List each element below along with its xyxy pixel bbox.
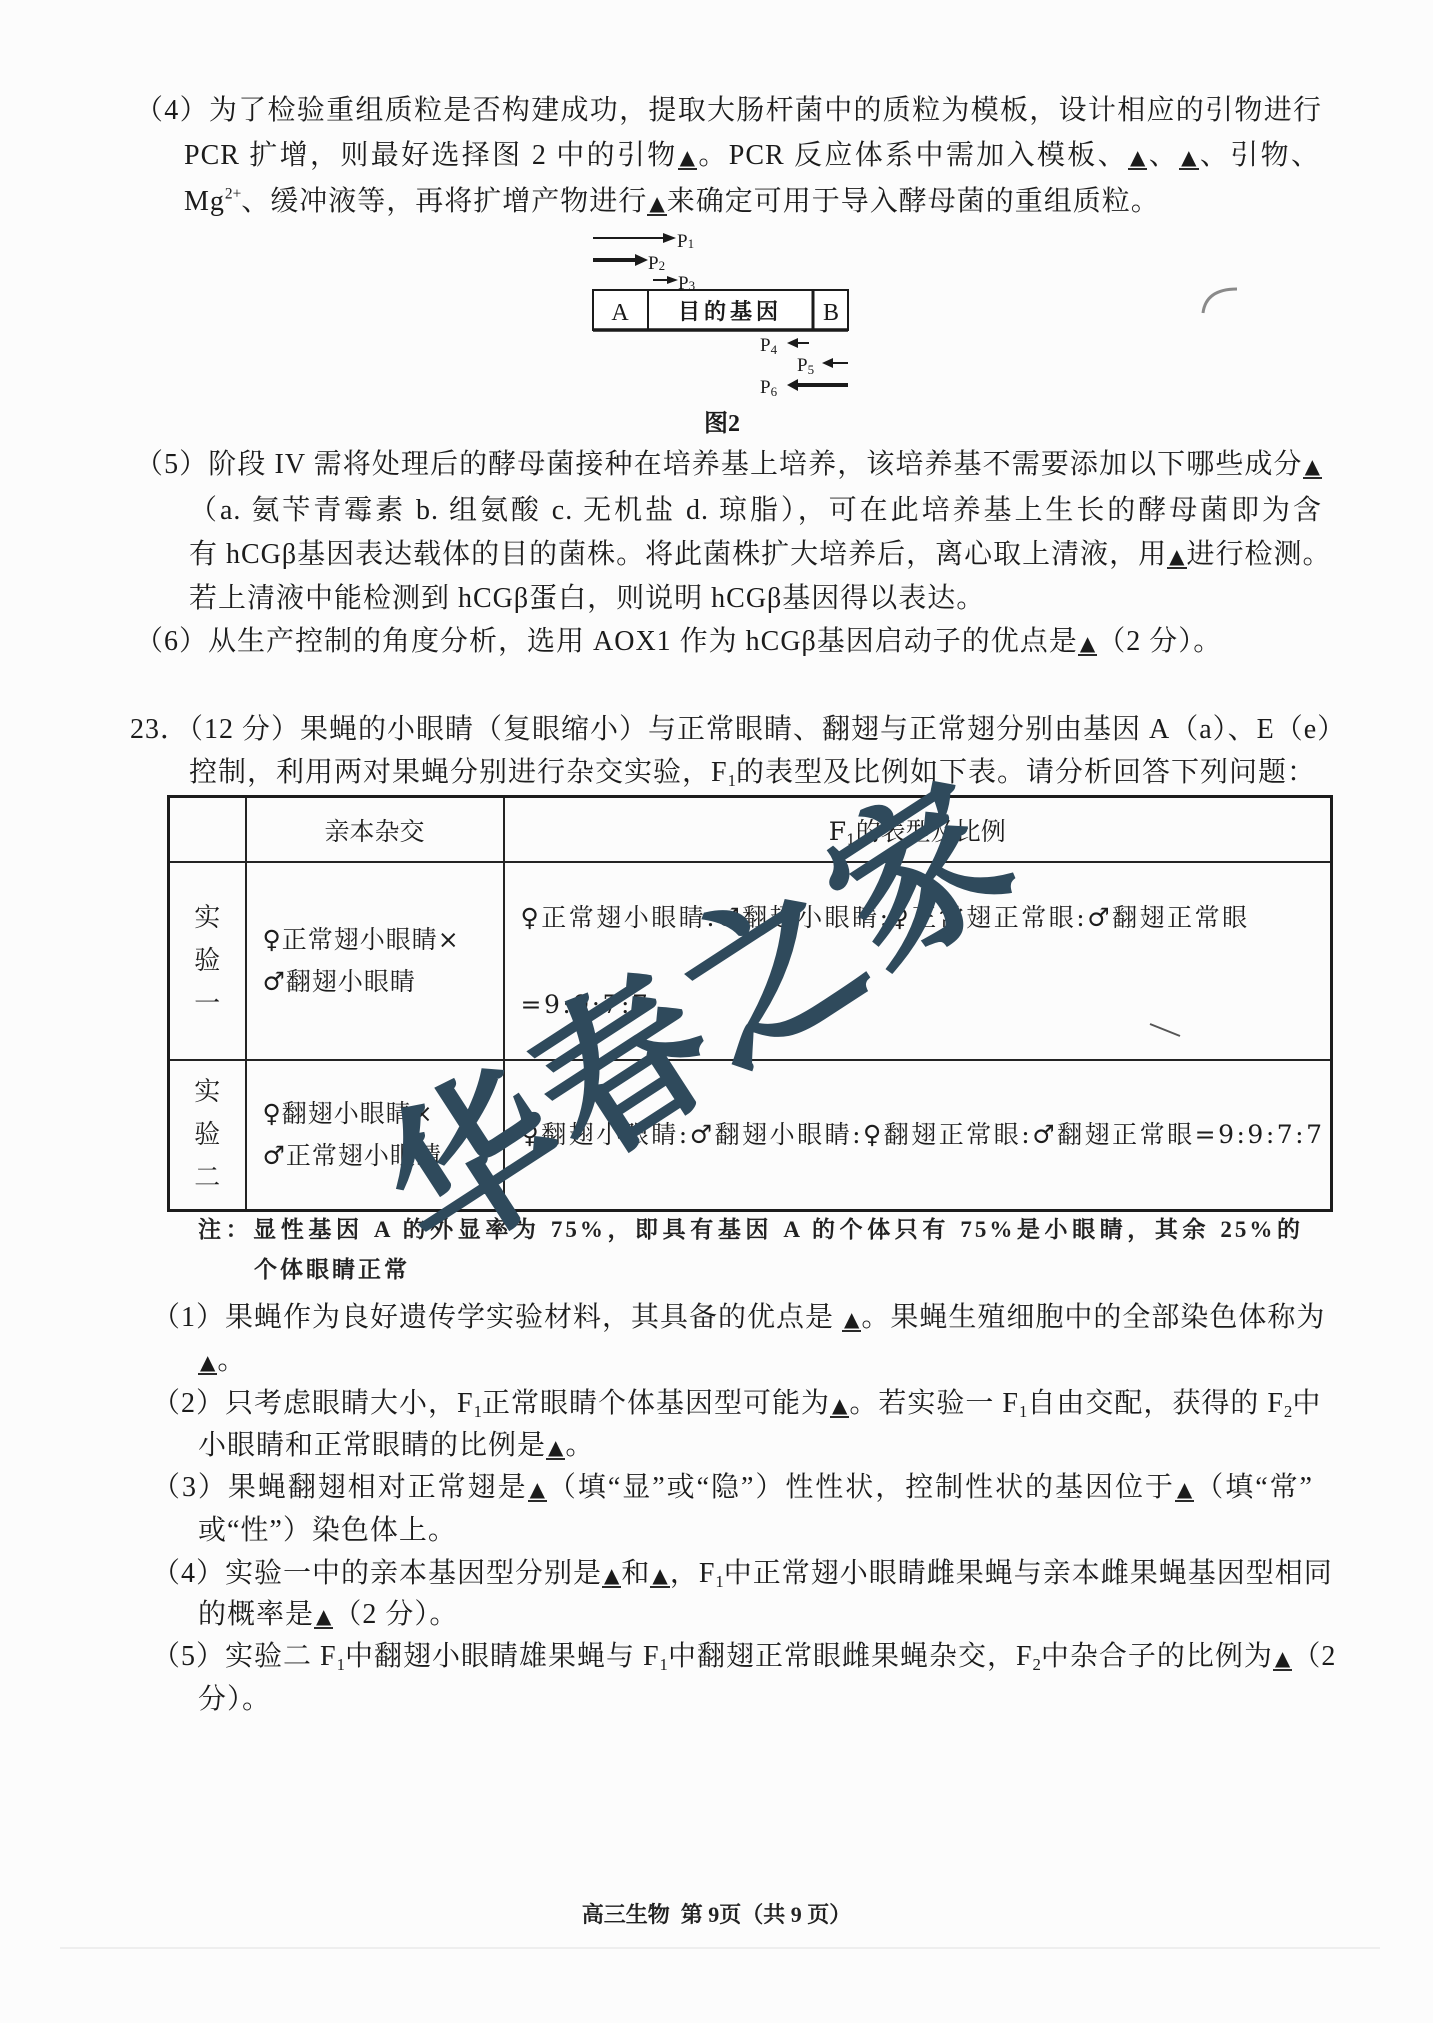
answer-blank-icon: ▲ — [1273, 1647, 1292, 1671]
text-run: （4）实验一中的亲本基因型分别是 — [152, 1558, 602, 1589]
subscript: 1 — [337, 1655, 345, 1674]
figure-2-primer-diagram: P1 P2 P3 A 目的基因 B P4 P5 — [560, 220, 880, 440]
part5-line-3: 有 hCGβ基因表达载体的目的菌株。将此菌株扩大培养后，离心取上清液，用▲进行检… — [189, 537, 1322, 573]
text-run: （5）实验二 F — [152, 1641, 337, 1672]
answer-blank-icon: ▲ — [1128, 146, 1147, 170]
text-run: 。 — [217, 1345, 246, 1376]
primer-p3-arrow — [653, 276, 678, 284]
subscript: 2 — [1033, 1655, 1041, 1674]
text-run: 的表型及比例如下表。请分析回答下列问题： — [736, 757, 1316, 788]
primer-p4-label: P4 — [760, 335, 778, 357]
header-parent-cross: 亲本杂交 — [246, 797, 504, 863]
answer-blank-icon: ▲ — [647, 192, 666, 216]
primer-p2-arrow — [593, 254, 648, 266]
text-run: 。 — [565, 1430, 594, 1461]
text-run: 中正常翅小眼睛雌果蝇与亲本雌果蝇基因型相同 — [724, 1558, 1333, 1589]
text-run: 中杂合子的比例为 — [1041, 1641, 1273, 1672]
parent-male: ♂正常翅小眼睛 — [247, 1135, 503, 1177]
subscript: 1 — [715, 1572, 723, 1591]
primer-p6-arrow — [787, 379, 848, 391]
answer-blank-icon: ▲ — [650, 1564, 669, 1588]
part4-line-2: PCR 扩增，则最好选择图 2 中的引物▲。PCR 反应体系中需加入模板、▲、▲… — [184, 138, 1320, 174]
answer-blank-icon: ▲ — [528, 1478, 547, 1502]
text-run: （3）果蝇翻翅相对正常翅是 — [152, 1472, 528, 1503]
header-corner — [169, 797, 246, 863]
primer-p1-label: P1 — [677, 231, 694, 252]
q23-sub4-line-1: （4）实验一中的亲本基因型分别是▲和▲，F1中正常翅小眼睛雌果蝇与亲本雌果蝇基因… — [152, 1556, 1313, 1592]
text-run: 的概率是 — [198, 1599, 314, 1630]
part5-line-2: （a. 氨苄青霉素 b. 组氨酸 c. 无机盐 d. 琼脂），可在此培养基上生长… — [189, 493, 1322, 529]
target-gene-label: 目的基因 — [678, 299, 782, 324]
table-row: 实验一 ♀正常翅小眼睛× ♂翻翅小眼睛 ♀正常翅小眼睛:♂翻翅小眼睛:♀正常翅正… — [169, 862, 1332, 1060]
answer-blank-icon: ▲ — [1175, 1478, 1194, 1502]
text-run: 自由交配，获得的 F — [1027, 1388, 1284, 1419]
part5-line-1: （5）阶段 IV 需将处理后的酵母菌接种在培养基上培养，该培养基不需要添加以下哪… — [135, 447, 1322, 483]
table-note-line-2: 个体眼睛正常 — [254, 1254, 410, 1286]
text-run: Mg — [184, 186, 225, 217]
parent-cross-cell: ♀正常翅小眼睛× ♂翻翅小眼睛 — [246, 862, 504, 1060]
q23-sub5-line-1: （5）实验二 F1中翻翅小眼睛雄果蝇与 F1中翻翅正常眼雌果蝇杂交，F2中杂合子… — [152, 1639, 1313, 1675]
text-run: （2 分）。 — [1097, 626, 1222, 657]
text-run: 、 — [1147, 140, 1179, 171]
text-run: （6）从生产控制的角度分析，选用 AOX1 作为 hCGβ基因启动子的优点是 — [135, 626, 1078, 657]
text-run: （填“显”或“隐”）性性状，控制性状的基因位于 — [547, 1472, 1175, 1503]
q23-sub1-line-1: （1）果蝇作为良好遗传学实验材料，其具备的优点是 ▲。果蝇生殖细胞中的全部染色体… — [152, 1300, 1313, 1336]
text-run: 来确定可用于导入酵母菌的重组质粒。 — [667, 186, 1160, 217]
text-run: 进行检测。 — [1187, 539, 1332, 570]
primer-p4-arrow — [787, 338, 809, 348]
primer-p1-arrow — [593, 233, 676, 243]
page-footer: 高三生物 第 9页（共 9 页） — [0, 1899, 1433, 1931]
answer-blank-icon: ▲ — [602, 1564, 621, 1588]
text-run: 小眼睛和正常眼睛的比例是 — [198, 1430, 546, 1461]
f1-phenotypes: ♀正常翅小眼睛:♂翻翅小眼睛:♀正常翅正常眼:♂翻翅正常眼 — [505, 874, 1331, 961]
q23-sub2-line-2: 小眼睛和正常眼睛的比例是▲。 — [198, 1428, 594, 1464]
answer-blank-icon: ▲ — [678, 146, 697, 170]
f1-result-cell: ♀正常翅小眼睛:♂翻翅小眼睛:♀正常翅正常眼:♂翻翅正常眼 =9:9:7:7 — [504, 862, 1332, 1060]
text-run: 或“性”）染色体上。 — [198, 1515, 457, 1546]
table-header-row: 亲本杂交 F1的表型及比例 — [169, 797, 1332, 863]
text-run: 。PCR 反应体系中需加入模板、 — [697, 140, 1128, 171]
text-run: （1）果蝇作为良好遗传学实验材料，其具备的优点是 — [152, 1302, 842, 1333]
answer-blank-icon: ▲ — [1303, 455, 1322, 479]
part4-line-1: （4）为了检验重组质粒是否构建成功，提取大肠杆菌中的质粒为模板，设计相应的引物进… — [135, 93, 1322, 129]
parent-female: ♀正常翅小眼睛× — [247, 919, 503, 961]
parent-cross-cell: ♀翻翅小眼睛× ♂正常翅小眼睛 — [246, 1060, 504, 1211]
part5-line-4: 若上清液中能检测到 hCGβ蛋白，则说明 hCGβ基因得以表达。 — [189, 581, 985, 617]
q23-intro-line-2: 控制，利用两对果蝇分别进行杂交实验，F1的表型及比例如下表。请分析回答下列问题： — [189, 755, 1303, 791]
f1-result-cell: ♀翻翅小眼睛:♂翻翅小眼睛:♀翻翅正常眼:♂翻翅正常眼=9:9:7:7 — [504, 1060, 1332, 1211]
text-run: 23．（12 分）果蝇的小眼睛（复眼缩小）与正常眼睛、翻翅与正常翅分别由基因 A… — [130, 714, 1346, 745]
experiment-label: 实验一 — [193, 897, 221, 1026]
subscript: 1 — [660, 1655, 668, 1674]
answer-blank-icon: ▲ — [830, 1394, 849, 1418]
row-label-cell: 实验一 — [169, 862, 246, 1060]
text-run: PCR 扩增，则最好选择图 2 中的引物 — [184, 140, 678, 171]
cross-results-table: 亲本杂交 F1的表型及比例 实验一 ♀正常翅小眼睛× ♂翻翅小眼睛 ♀正常翅小眼… — [167, 795, 1333, 1212]
experiment-label: 实验二 — [193, 1071, 221, 1200]
text-run: （5）阶段 IV 需将处理后的酵母菌接种在培养基上培养，该培养基不需要添加以下哪… — [135, 449, 1303, 480]
q23-sub1-line-2: ▲。 — [198, 1343, 246, 1379]
primer-p6-label: P6 — [760, 377, 778, 399]
segment-a-label: A — [611, 300, 629, 326]
text-run: 中翻翅正常眼雌果蝇杂交，F — [668, 1641, 1033, 1672]
answer-blank-icon: ▲ — [842, 1308, 861, 1332]
subscript: 1 — [728, 771, 736, 790]
text-run: （填“常” — [1194, 1472, 1313, 1503]
answer-blank-icon: ▲ — [198, 1351, 217, 1375]
q23-sub5-line-2: 分）。 — [198, 1682, 271, 1718]
segment-b-label: B — [823, 300, 839, 326]
answer-blank-icon: ▲ — [546, 1436, 565, 1460]
q23-sub3-line-1: （3）果蝇翻翅相对正常翅是▲（填“显”或“隐”）性性状，控制性状的基因位于▲（填… — [152, 1470, 1313, 1506]
text-run: 、缓冲液等，再将扩增产物进行 — [241, 186, 647, 217]
f1-phenotypes-ratio: ♀翻翅小眼睛:♂翻翅小眼睛:♀翻翅正常眼:♂翻翅正常眼=9:9:7:7 — [505, 1114, 1331, 1156]
table-row: 实验二 ♀翻翅小眼睛× ♂正常翅小眼睛 ♀翻翅小眼睛:♂翻翅小眼睛:♀翻翅正常眼… — [169, 1060, 1332, 1211]
header-f1-phenotype-ratio: F1的表型及比例 — [504, 797, 1332, 863]
text-run: 和 — [621, 1558, 650, 1589]
superscript: 2+ — [225, 185, 241, 202]
primer-p2-label: P2 — [648, 253, 665, 274]
part4-line-3: Mg2+、缓冲液等，再将扩增产物进行▲来确定可用于导入酵母菌的重组质粒。 — [184, 184, 1160, 220]
text-run: F — [829, 817, 846, 846]
text-run: 正常眼睛个体基因型可能为 — [482, 1388, 830, 1419]
table-note-line-1: 注：显性基因 A 的外显率为 75%，即具有基因 A 的个体只有 75%是小眼睛… — [198, 1214, 1303, 1246]
text-run: 。果蝇生殖细胞中的全部染色体称为 — [861, 1302, 1325, 1333]
subscript: 1 — [846, 830, 856, 848]
q23-intro-line-1: 23．（12 分）果蝇的小眼睛（复眼缩小）与正常眼睛、翻翅与正常翅分别由基因 A… — [130, 712, 1322, 748]
subscript: 1 — [474, 1402, 482, 1421]
text-run: 有 hCGβ基因表达载体的目的菌株。将此菌株扩大培养后，离心取上清液，用 — [189, 539, 1167, 570]
figure-caption: 图2 — [704, 410, 740, 437]
text-run: 分）。 — [198, 1684, 271, 1715]
answer-blank-icon: ▲ — [1167, 545, 1186, 569]
text-run: 中 — [1292, 1388, 1321, 1419]
text-run: 注：显性基因 A 的外显率为 75%，即具有基因 A 的个体只有 75%是小眼睛… — [198, 1217, 1303, 1242]
text-run: （2 — [1292, 1641, 1336, 1672]
text-run: 控制，利用两对果蝇分别进行杂交实验，F — [189, 757, 728, 788]
text-run: 的表型及比例 — [856, 817, 1006, 846]
scan-arc-mark — [1203, 289, 1237, 313]
q23-sub3-line-2: 或“性”）染色体上。 — [198, 1513, 457, 1549]
text-run: 若上清液中能检测到 hCGβ蛋白，则说明 hCGβ基因得以表达。 — [189, 583, 985, 614]
answer-blank-icon: ▲ — [1078, 632, 1097, 656]
primer-p5-label: P5 — [797, 355, 814, 377]
part6-line-1: （6）从生产控制的角度分析，选用 AOX1 作为 hCGβ基因启动子的优点是▲（… — [135, 624, 1222, 660]
text-run: 、引物、 — [1199, 140, 1320, 171]
answer-blank-icon: ▲ — [314, 1605, 333, 1629]
answer-blank-icon: ▲ — [1179, 146, 1198, 170]
row-label-cell: 实验二 — [169, 1060, 246, 1211]
text-run: （4）为了检验重组质粒是否构建成功，提取大肠杆菌中的质粒为模板，设计相应的引物进… — [135, 95, 1322, 126]
primer-p5-arrow — [822, 358, 848, 368]
exam-page: （4）为了检验重组质粒是否构建成功，提取大肠杆菌中的质粒为模板，设计相应的引物进… — [0, 0, 1433, 2023]
text-run: 中翻翅小眼睛雄果蝇与 F — [345, 1641, 660, 1672]
text-run: （2 分）。 — [333, 1599, 458, 1630]
f1-ratio: =9:9:7:7 — [505, 961, 1331, 1048]
text-run: 个体眼睛正常 — [254, 1257, 410, 1282]
text-run: （a. 氨苄青霉素 b. 组氨酸 c. 无机盐 d. 琼脂），可在此培养基上生长… — [189, 495, 1322, 526]
parent-male: ♂翻翅小眼睛 — [247, 961, 503, 1003]
q23-sub4-line-2: 的概率是▲（2 分）。 — [198, 1597, 458, 1633]
parent-female: ♀翻翅小眼睛× — [247, 1093, 503, 1135]
text-run: 。若实验一 F — [849, 1388, 1019, 1419]
q23-sub2-line-1: （2）只考虑眼睛大小，F1正常眼睛个体基因型可能为▲。若实验一 F1自由交配，获… — [152, 1386, 1313, 1422]
text-run: （2）只考虑眼睛大小，F — [152, 1388, 474, 1419]
text-run: ，F — [670, 1558, 716, 1589]
